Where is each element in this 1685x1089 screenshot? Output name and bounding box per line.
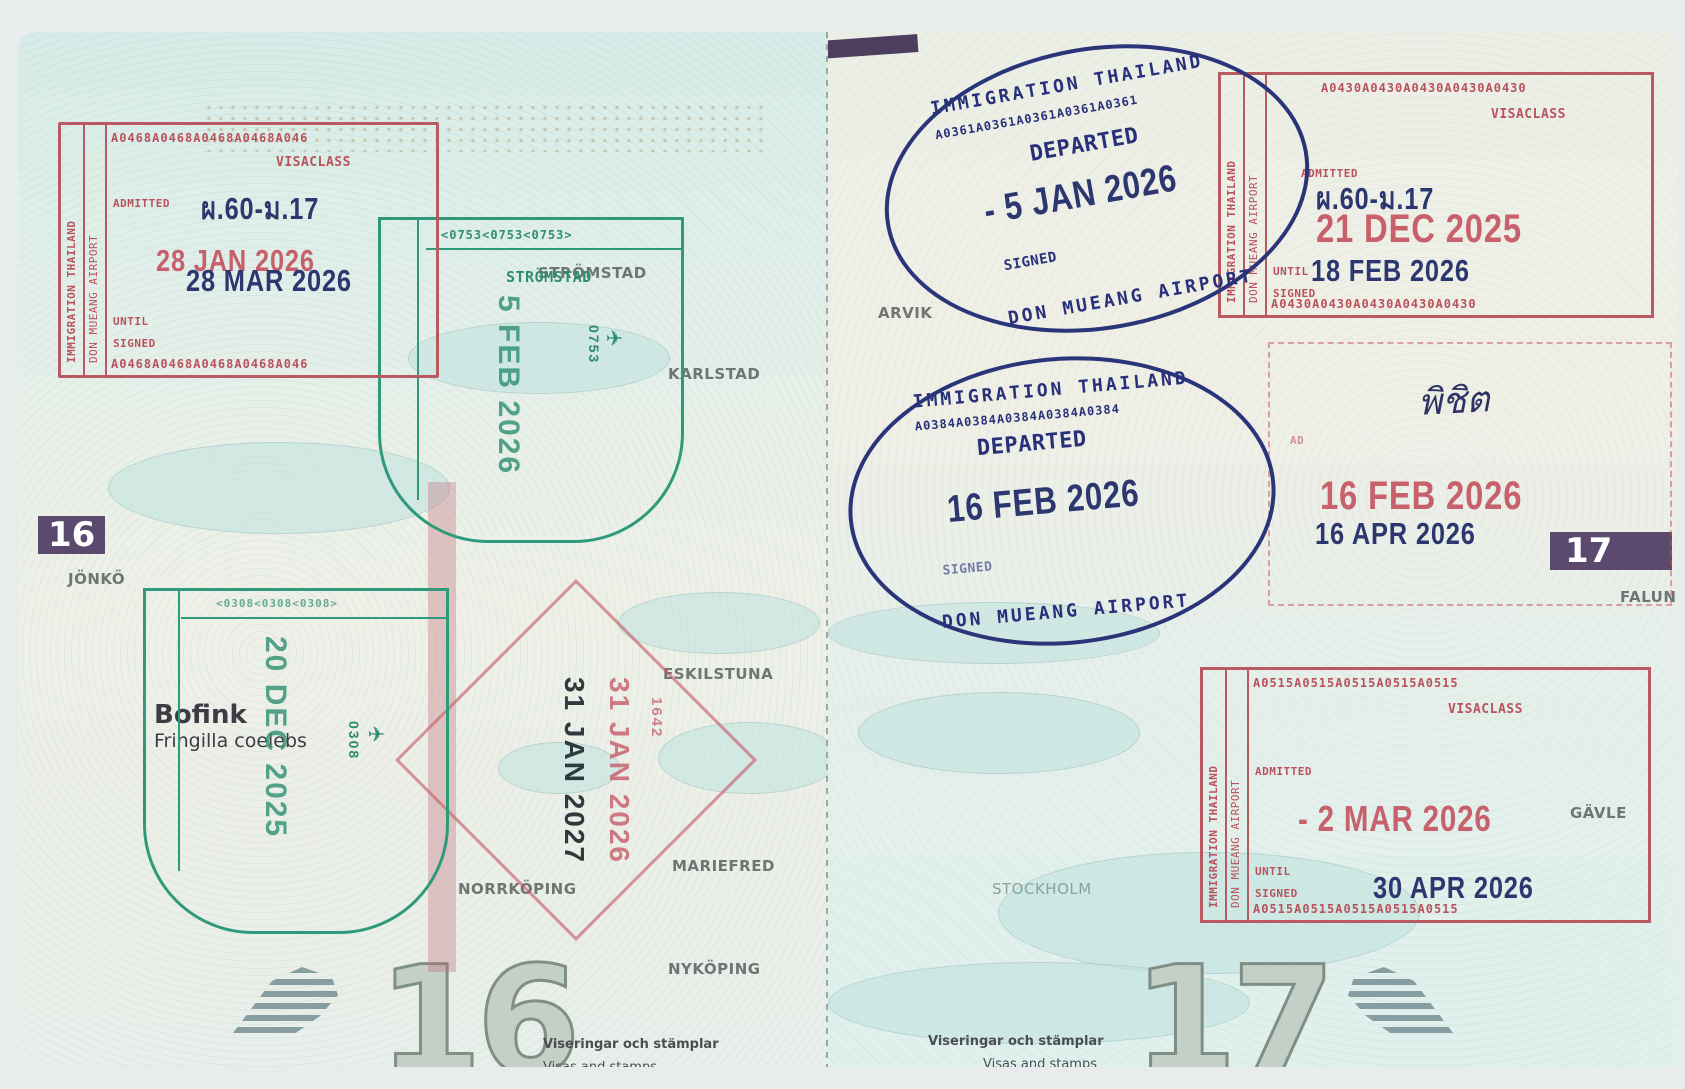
- signed-label: SIGNED: [1003, 249, 1059, 274]
- signed-label: SIGNED: [942, 559, 993, 578]
- left-passport-page: 16 JÖNKÖ STRÖMSTAD KARLSTAD ESKILSTUNA M…: [18, 32, 828, 1067]
- stamp-serial: <0308<0308<0308>: [216, 597, 338, 610]
- stamp-divider: [426, 248, 681, 250]
- diamond-stamp-date: 31 JAN 2026: [603, 677, 635, 864]
- stamp-airport: DON MUEANG AIRPORT: [87, 133, 100, 363]
- stamp-serial: A0468A0468A0468A0468A046: [111, 357, 308, 371]
- entry-stamp-green: <0308<0308<0308> 20 DEC 2025 0308 ✈: [143, 588, 449, 934]
- admitted-label: ADMITTED: [113, 197, 170, 210]
- stamp-serial: A0468A0468A0468A0468A046: [111, 131, 308, 145]
- until-date: 16 APR 2026: [1315, 516, 1476, 552]
- place-name: NYKÖPING: [668, 960, 761, 978]
- stamp-status: DEPARTED: [1028, 123, 1141, 167]
- visa-class-label: VISACLASS: [1448, 702, 1523, 717]
- footer-title-en: Visas and stamps: [543, 1060, 657, 1067]
- thai-arrival-stamp-1: IMMIGRATION THAILAND DON MUEANG AIRPORT …: [58, 122, 439, 378]
- stamp-status: DEPARTED: [976, 427, 1088, 461]
- place-name: JÖNKÖ: [68, 570, 125, 588]
- page-tab-16: 16: [38, 516, 105, 554]
- admitted-date: 21 DEC 2025: [1316, 207, 1522, 252]
- airplane-icon: ✈: [368, 716, 385, 749]
- stamp-issuer: IMMIGRATION THAILAND: [1207, 678, 1220, 908]
- right-passport-page: ARVIK STOCKHOLM GÄVLE FALUN 17 17 Viseri…: [828, 32, 1678, 1067]
- visa-class-label: VISACLASS: [1491, 107, 1566, 122]
- place-name: STOCKHOLM: [992, 880, 1092, 898]
- stamp-divider: [83, 125, 85, 375]
- departure-date: 16 FEB 2026: [946, 472, 1142, 532]
- until-date: 18 FEB 2026: [1311, 253, 1470, 289]
- stamp-serial: A0430A0430A0430A0430A0430: [1321, 81, 1527, 95]
- until-date: 28 MAR 2026: [186, 263, 352, 299]
- overprint-date: 31 JAN 2027: [558, 677, 590, 864]
- map-lake: [858, 692, 1140, 774]
- stamp-divider: [181, 617, 446, 619]
- visa-class-value: ผ.60-ม.17: [201, 183, 319, 233]
- stamp-divider: [178, 591, 180, 871]
- until-label: UNTIL: [113, 315, 149, 328]
- stamp-divider: [1225, 670, 1227, 920]
- stamp-date: 5 FEB 2026: [491, 295, 525, 475]
- map-lake: [618, 592, 820, 654]
- stamp-serial: A0515A0515A0515A0515A0515: [1253, 902, 1459, 916]
- admitted-date: - 2 MAR 2026: [1298, 798, 1492, 840]
- departure-date: - 5 JAN 2026: [981, 157, 1181, 233]
- footer-title-en: Visas and stamps: [983, 1057, 1097, 1067]
- diamond-stamp-code: 1642: [648, 697, 665, 738]
- stamp-serial: A0430A0430A0430A0430A0430: [1271, 297, 1477, 311]
- place-name: ARVIK: [878, 304, 932, 322]
- stamp-code: 0308: [346, 721, 362, 760]
- stamp-airport: DON MUEANG AIRPORT: [941, 590, 1191, 633]
- stamp-date: 20 DEC 2025: [258, 636, 292, 838]
- stamp-issuer: IMMIGRATION THAILAND: [65, 133, 78, 363]
- thai-arrival-stamp-4: IMMIGRATION THAILAND DON MUEANG AIRPORT …: [1200, 667, 1651, 923]
- admitted-label: ADMITTED: [1255, 765, 1312, 778]
- stamp-code: 0753: [586, 325, 602, 364]
- footer-title-sv: Viseringar och stämplar: [543, 1037, 719, 1052]
- until-label: UNTIL: [1255, 865, 1291, 878]
- page-number: 17: [1133, 947, 1330, 1067]
- place-name: MARIEFRED: [672, 857, 775, 875]
- admitted-date: 16 FEB 2026: [1320, 474, 1522, 519]
- place-name: ESKILSTUNA: [663, 665, 773, 683]
- until-date: 30 APR 2026: [1373, 870, 1534, 906]
- stamp-serial: A0515A0515A0515A0515A0515: [1253, 676, 1459, 690]
- officer-signature: พิชิต: [1417, 370, 1491, 431]
- stamp-serial: <0753<0753<0753>: [441, 228, 573, 242]
- footer-title-sv: Viseringar och stämplar: [928, 1034, 1104, 1049]
- stamp-airport: DON MUEANG AIRPORT: [1229, 678, 1242, 908]
- signed-label: SIGNED: [1255, 887, 1298, 900]
- stamp-divider: [105, 125, 107, 375]
- admitted-label: AD: [1290, 434, 1304, 447]
- until-label: UNTIL: [1273, 265, 1309, 278]
- stamp-divider: [1247, 670, 1249, 920]
- visa-class-label: VISACLASS: [276, 155, 351, 170]
- stamp-location: STRÖMSTAD: [506, 268, 592, 286]
- signed-label: SIGNED: [113, 337, 156, 350]
- airplane-icon: ✈: [606, 320, 623, 353]
